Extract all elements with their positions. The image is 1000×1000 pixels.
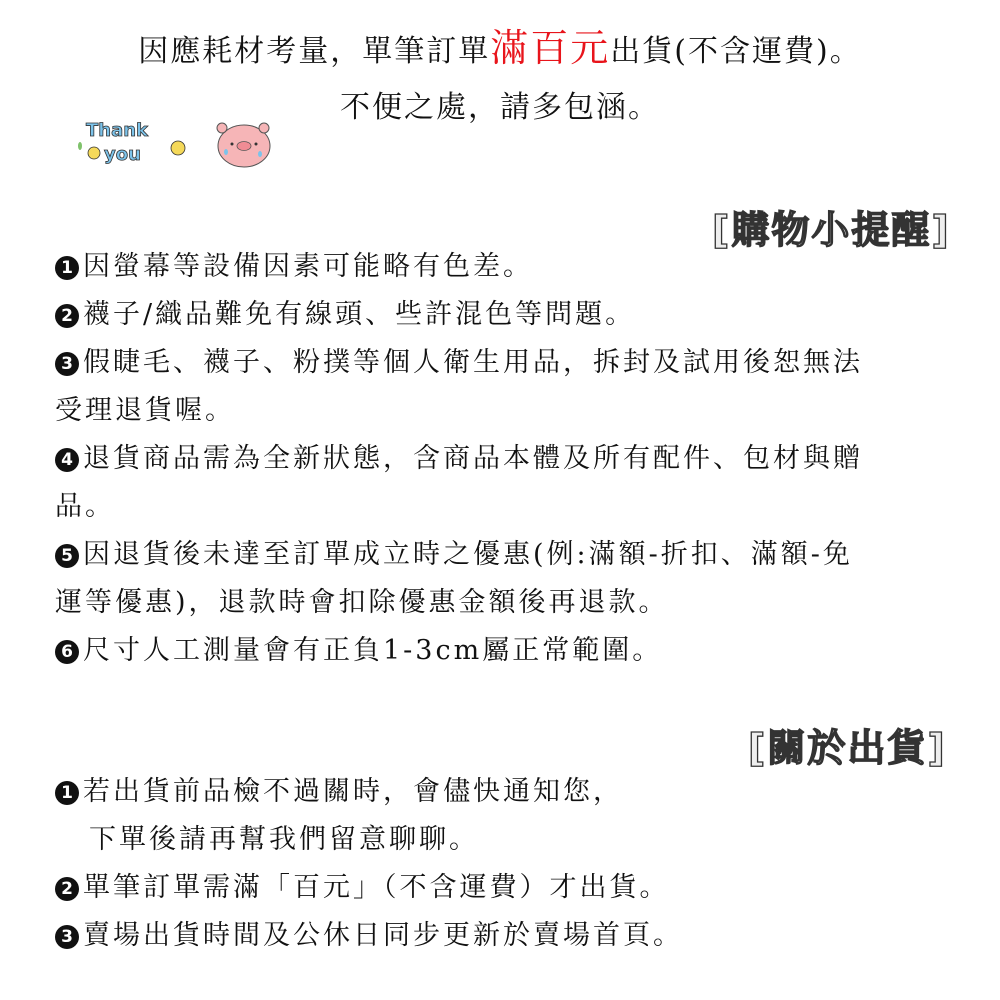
- shipping-info-title: [關於出貨]: [748, 726, 947, 770]
- number-badge-icon: 3: [55, 352, 79, 376]
- number-badge-icon: 6: [55, 640, 79, 664]
- number-badge-icon: 4: [55, 448, 79, 472]
- svg-text:you: you: [104, 144, 141, 165]
- list-item: 5因退貨後未達至訂單成立時之優惠(例:滿額-折扣、滿額-免: [55, 531, 975, 578]
- list-item-text: 退貨商品需為全新狀態，含商品本體及所有配件、包材與贈: [83, 443, 863, 474]
- list-item-text: 假睫毛、襪子、粉撲等個人衛生用品，拆封及試用後恕無法: [83, 347, 863, 378]
- list-item-text: 運等優惠)，退款時會扣除優惠金額後再退款。: [55, 587, 669, 618]
- thank-you-text-icon: Thank you: [78, 120, 185, 165]
- list-item-text: 單筆訂單需滿「百元」（不含運費）才出貨。: [83, 872, 670, 903]
- list-item: 6尺寸人工測量會有正負1-3cm屬正常範圍。: [55, 627, 975, 674]
- number-badge-icon: 1: [55, 781, 79, 805]
- list-item-text: 尺寸人工測量會有正負1-3cm屬正常範圍。: [83, 635, 662, 666]
- list-item: 4退貨商品需為全新狀態，含商品本體及所有配件、包材與贈: [55, 435, 975, 482]
- notice-text: 因應耗材考量，單筆訂單: [138, 34, 490, 69]
- list-item: 運等優惠)，退款時會扣除優惠金額後再退款。: [55, 579, 975, 626]
- list-item: 受理退貨喔。: [55, 387, 975, 434]
- list-item-text: 因螢幕等設備因素可能略有色差。: [83, 251, 533, 282]
- number-badge-icon: 3: [55, 925, 79, 949]
- list-item: 下單後請再幫我們留意聊聊。: [55, 816, 1000, 863]
- list-item-text: 賣場出貨時間及公休日同步更新於賣場首頁。: [83, 920, 683, 951]
- list-item-text: 受理退貨喔。: [55, 395, 235, 426]
- list-item-text: 若出貨前品檢不過關時，會儘快通知您，: [83, 776, 623, 807]
- notice-highlight: 滿百元: [490, 26, 610, 70]
- list-item: 3賣場出貨時間及公休日同步更新於賣場首頁。: [55, 912, 975, 959]
- notice-line-1: 因應耗材考量，單筆訂單滿百元出貨(不含運費)。: [0, 28, 1000, 72]
- notice-text: 出貨(不含運費)。: [610, 34, 861, 69]
- list-item-text: 品。: [55, 491, 115, 522]
- list-item-text: 下單後請再幫我們留意聊聊。: [89, 824, 479, 855]
- number-badge-icon: 2: [55, 304, 79, 328]
- thank-you-pig-sticker: Thank you: [72, 108, 272, 168]
- list-item-text: 襪子/織品難免有線頭、些許混色等問題。: [83, 299, 635, 330]
- list-item: 3假睫毛、襪子、粉撲等個人衛生用品，拆封及試用後恕無法: [55, 339, 975, 386]
- list-item: 品。: [55, 483, 975, 530]
- number-badge-icon: 2: [55, 877, 79, 901]
- number-badge-icon: 1: [55, 256, 79, 280]
- list-item: 2襪子/織品難免有線頭、些許混色等問題。: [55, 291, 975, 338]
- list-item: 1若出貨前品檢不過關時，會儘快通知您，: [55, 768, 975, 815]
- pig-icon: [217, 123, 270, 167]
- list-item: 1因螢幕等設備因素可能略有色差。: [55, 243, 975, 290]
- number-badge-icon: 5: [55, 544, 79, 568]
- svg-text:Thank: Thank: [86, 120, 149, 141]
- list-item-text: 因退貨後未達至訂單成立時之優惠(例:滿額-折扣、滿額-免: [83, 539, 853, 570]
- list-item: 2單筆訂單需滿「百元」（不含運費）才出貨。: [55, 864, 975, 911]
